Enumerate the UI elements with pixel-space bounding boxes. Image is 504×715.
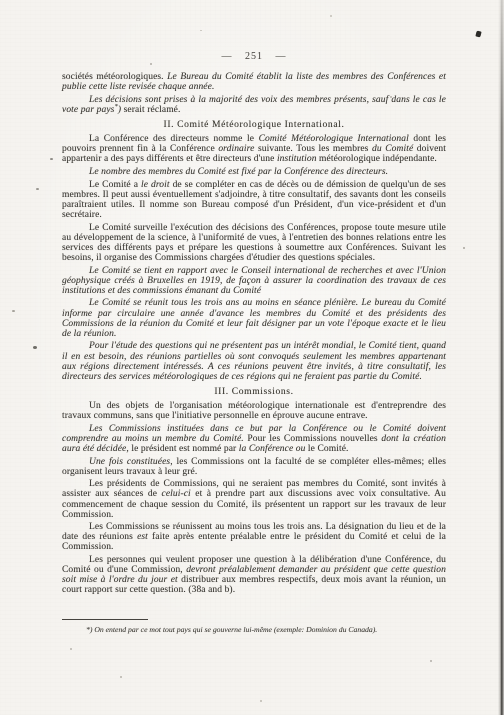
scan-speck <box>36 188 39 190</box>
page-header: — 251 — <box>62 51 446 62</box>
paragraph: Le Comité surveille l'exécution des déci… <box>62 223 446 263</box>
text-run: II. Comité Météorologique International. <box>164 119 345 130</box>
text-run: météorologique indépendante. <box>317 154 437 164</box>
text-run: Comité Météorologique International <box>259 134 409 144</box>
section-heading: III. Commissions. <box>62 387 446 397</box>
scan-speck <box>430 660 432 662</box>
scan-speck <box>260 700 262 702</box>
paragraph: Les présidents de Commissions, qui ne se… <box>62 479 446 519</box>
paragraph: Les Commissions se réunissent au moins t… <box>62 522 446 552</box>
text-run: du Comité <box>372 144 413 154</box>
scan-speck <box>120 676 122 678</box>
footnote-text: *) On entend par ce mot tout pays qui se… <box>62 625 446 634</box>
scan-speck <box>150 63 152 65</box>
paragraph: Les décisions sont prises à la majorité … <box>62 95 446 115</box>
footnote-rule <box>62 619 148 620</box>
text-run: serait réclamé. <box>124 105 181 115</box>
text-run: le droit <box>141 180 170 190</box>
text-run: sociétés météorologiques. <box>62 72 167 82</box>
text-run: Pour l'étude des questions qui ne présen… <box>62 341 446 381</box>
paragraph: Une fois constituées, les Commissions on… <box>62 457 446 477</box>
paragraph: Les personnes qui veulent proposer une q… <box>62 555 446 595</box>
text-run: Le nombre des membres du Comité est fixé… <box>89 167 388 177</box>
text-run: la Conférence ou <box>239 444 306 454</box>
page-body: sociétés météorologiques. Le Bureau du C… <box>62 72 446 598</box>
section-heading: II. Comité Météorologique International. <box>62 120 446 130</box>
paragraph: sociétés météorologiques. Le Bureau du C… <box>62 72 446 92</box>
paragraph: Le Comité se tient en rapport avec le Co… <box>62 266 446 296</box>
scan-speck <box>33 346 37 349</box>
paragraph: Un des objets de l'organisation météorol… <box>62 401 446 421</box>
paragraph: Le Comité se réunit tous les trois ans a… <box>62 298 446 338</box>
text-run: est <box>137 532 148 542</box>
text-run: La Conférence des directeurs nomme le <box>89 134 259 144</box>
paragraph: Les Commissions instituées dans ce but p… <box>62 424 446 454</box>
scan-speck <box>70 648 72 650</box>
text-run: III. Commissions. <box>214 386 293 397</box>
text-run: Le Comité se réunit tous les trois ans a… <box>62 298 446 338</box>
scan-speck <box>12 310 15 312</box>
text-run: suivante. Tous les membres <box>254 144 372 154</box>
text-run: Pour les Commissions nouvelles <box>244 434 382 444</box>
text-run: , le président est nommé par <box>126 444 238 454</box>
scanned-book-page: — 251 — sociétés météorologiques. Le Bur… <box>0 0 504 715</box>
text-run: Une fois constituées <box>89 457 170 467</box>
footnote-area: *) On entend par ce mot tout pays qui se… <box>62 619 446 634</box>
text-run: Le Comité surveille l'exécution des déci… <box>62 223 446 263</box>
text-run: Un des objets de l'organisation météorol… <box>62 401 446 421</box>
scan-speck <box>330 15 332 17</box>
scan-edge-shadow <box>498 0 504 715</box>
text-run: le Comité. <box>305 444 348 454</box>
scan-speck <box>390 96 392 98</box>
scan-speck <box>200 30 202 31</box>
page-number: — 251 — <box>222 51 287 62</box>
text-run: ordinaire <box>218 144 254 154</box>
ink-blot <box>475 30 481 37</box>
text-run: institution <box>277 154 317 164</box>
scan-speck <box>463 247 465 249</box>
paragraph: Pour l'étude des questions qui ne présen… <box>62 341 446 381</box>
paragraph: La Conférence des directeurs nomme le Co… <box>62 134 446 164</box>
text-run: celui-ci <box>162 489 191 499</box>
scan-speck <box>50 158 53 160</box>
text-run: Le Comité se tient en rapport avec le Co… <box>62 266 446 296</box>
paragraph: Le nombre des membres du Comité est fixé… <box>62 167 446 177</box>
paragraph: Le Comité a le droit de se compléter en … <box>62 180 446 220</box>
text-run: Le Comité a <box>89 180 141 190</box>
